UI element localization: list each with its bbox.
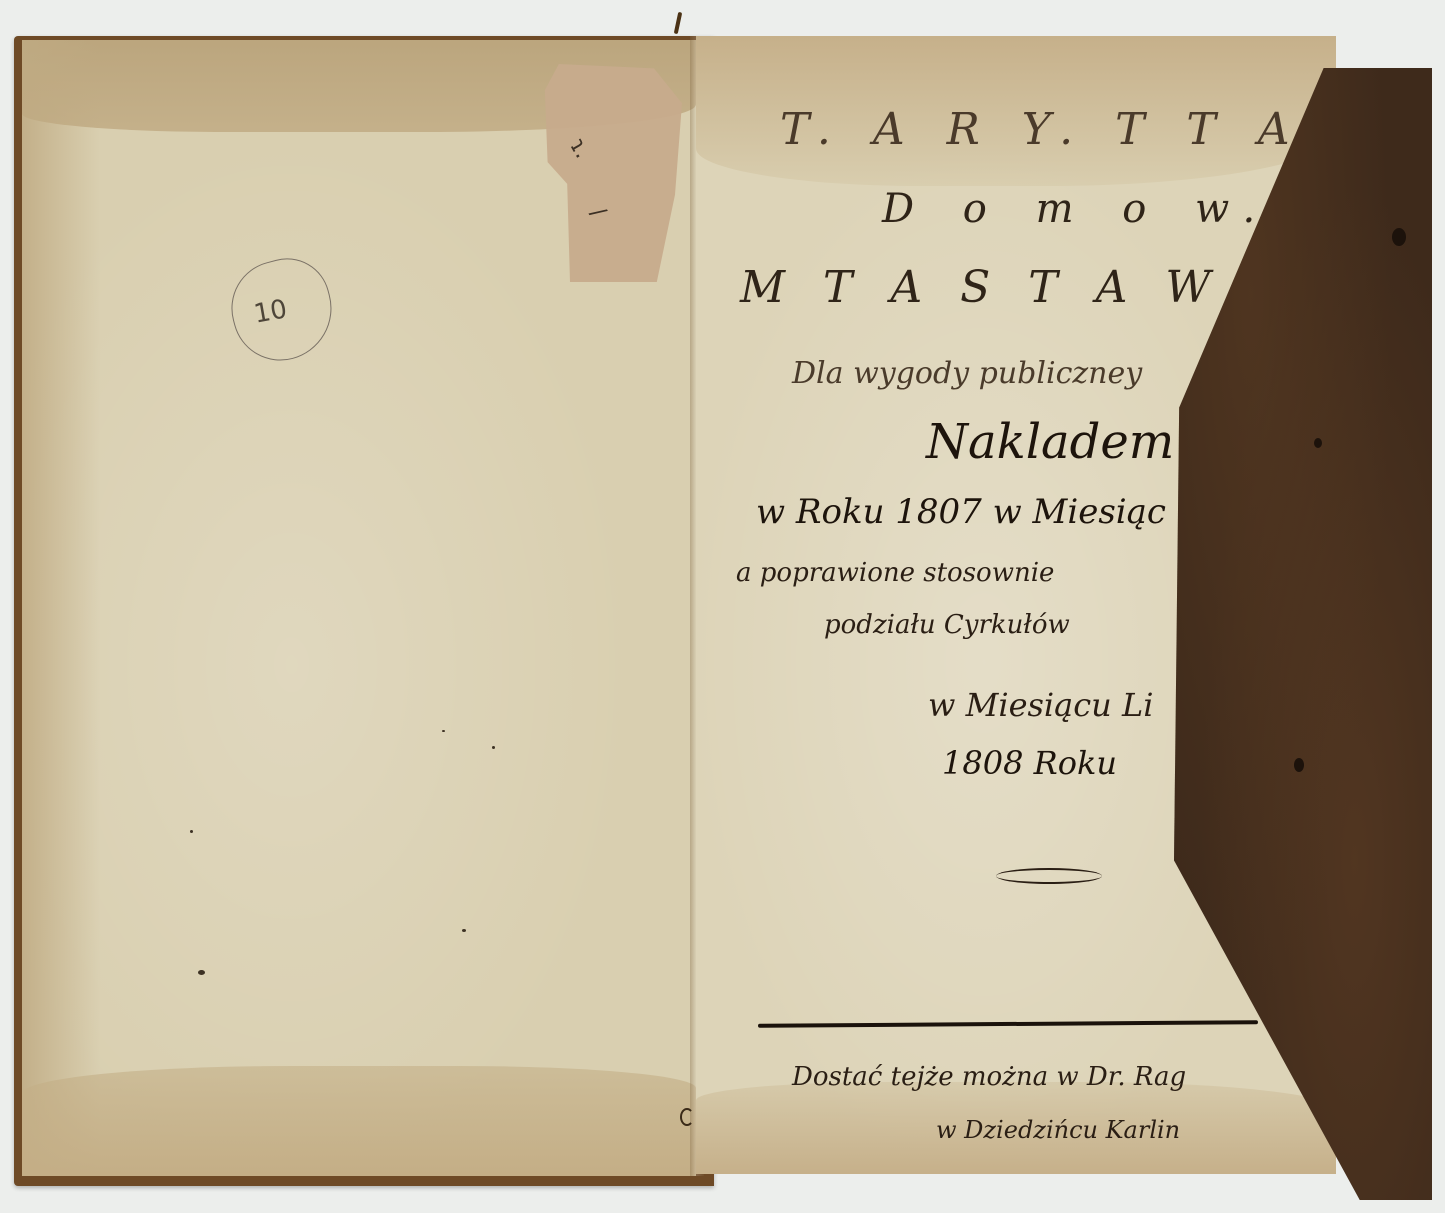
month-line: w Miesiącu Li bbox=[928, 686, 1153, 724]
imprint-line-2: w Dziedzińcu Karlin bbox=[936, 1116, 1180, 1144]
binding-thread bbox=[674, 12, 682, 34]
revision-line-2: podziału Cyrkułów bbox=[824, 610, 1070, 640]
paper-speck bbox=[198, 970, 205, 975]
paper-speck bbox=[190, 830, 193, 833]
horizontal-rule bbox=[758, 1020, 1258, 1027]
paper-speck bbox=[462, 929, 466, 932]
title-line-1: T. A R Y. T T A bbox=[780, 104, 1304, 155]
subtitle-line: Dla wygody publiczney bbox=[792, 356, 1142, 391]
ornamental-flourish bbox=[996, 868, 1102, 884]
leather-spot bbox=[1314, 438, 1322, 448]
year-line: 1808 Roku bbox=[942, 744, 1117, 782]
left-page: ɿ. / 10 bbox=[22, 40, 696, 1176]
publisher-line: Nakladem bbox=[926, 414, 1174, 470]
leather-spot bbox=[1392, 228, 1406, 246]
date-line: w Roku 1807 w Miesiąc bbox=[756, 492, 1166, 532]
water-stain bbox=[22, 1066, 696, 1176]
revision-line: a poprawione stosownie bbox=[736, 558, 1054, 588]
imprint-line-1: Dostać tejże można w Dr. Rag bbox=[792, 1062, 1186, 1092]
title-line-2: D o m o w. bbox=[882, 186, 1273, 232]
water-stain bbox=[22, 40, 100, 1176]
paper-speck bbox=[442, 730, 445, 732]
binding-thread-knot bbox=[680, 1108, 694, 1126]
paper-speck bbox=[492, 746, 495, 749]
paper-repair-patch bbox=[542, 64, 682, 282]
pencil-number: 10 bbox=[252, 294, 290, 329]
leather-spot bbox=[1294, 758, 1304, 772]
open-book: ɿ. / 10 T. A R Y. T T A D o m o w. M T A… bbox=[12, 28, 1432, 1200]
